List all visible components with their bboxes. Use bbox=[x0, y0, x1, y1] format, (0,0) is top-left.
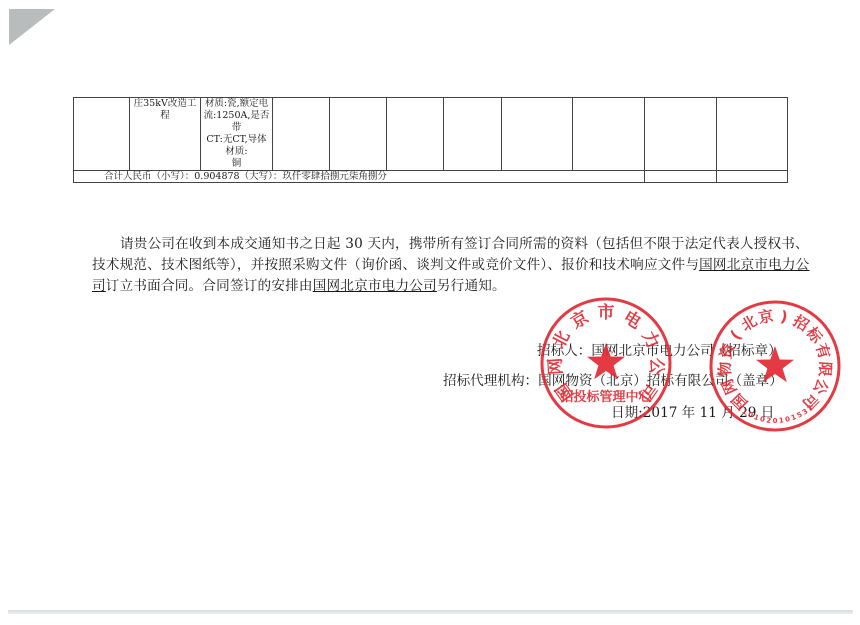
tenderer-signature: 招标人：国网北京市电力公司（招标章） bbox=[537, 339, 782, 359]
svg-text:京: 京 bbox=[567, 306, 592, 333]
svg-text:市: 市 bbox=[598, 302, 615, 323]
issue-date: 日期:2017 年 11 月 29 日 bbox=[611, 401, 774, 421]
cell-spec: 材质:瓷,额定电 流:1250A,是否带 CT:无CT,导体材质: 铜 bbox=[201, 98, 273, 171]
table-row: 庄35kV改造工程 材质:瓷,额定电 流:1250A,是否带 CT:无CT,导体… bbox=[74, 98, 788, 171]
svg-text:): ) bbox=[779, 307, 789, 326]
cell-index bbox=[74, 98, 130, 171]
items-table: 庄35kV改造工程 材质:瓷,额定电 流:1250A,是否带 CT:无CT,导体… bbox=[73, 97, 788, 183]
scan-corner-fold bbox=[9, 9, 55, 45]
total-amount: 合计人民币（小写）：0.904878（大写）：玖仟零肆拾捌元柒角捌分 bbox=[74, 171, 645, 183]
svg-text:3: 3 bbox=[801, 407, 810, 416]
svg-text:司: 司 bbox=[799, 390, 822, 413]
svg-text:1: 1 bbox=[778, 416, 784, 425]
cell-empty bbox=[645, 171, 717, 183]
svg-text:5: 5 bbox=[796, 410, 804, 419]
svg-text:招: 招 bbox=[789, 311, 812, 335]
cell-empty bbox=[387, 98, 444, 171]
cell-empty bbox=[645, 98, 717, 171]
svg-text:0: 0 bbox=[784, 415, 791, 424]
scan-edge bbox=[8, 610, 853, 614]
svg-text:标: 标 bbox=[802, 323, 827, 347]
svg-text:北: 北 bbox=[738, 312, 760, 335]
total-row: 合计人民币（小写）：0.904878（大写）：玖仟零肆拾捌元柒角捌分 bbox=[74, 171, 788, 183]
company-name-link: 国网北京市电力公司 bbox=[313, 278, 437, 294]
cell-project-name: 庄35kV改造工程 bbox=[130, 98, 201, 171]
svg-text:有: 有 bbox=[812, 341, 834, 361]
svg-text:京: 京 bbox=[757, 307, 775, 327]
svg-text:公: 公 bbox=[809, 376, 832, 398]
cell-empty bbox=[273, 98, 330, 171]
cell-empty bbox=[717, 171, 788, 183]
agent-signature: 招标代理机构：国网物资（北京）招标有限公司（盖章） bbox=[443, 369, 783, 389]
cell-empty bbox=[330, 98, 387, 171]
cell-empty bbox=[573, 98, 645, 171]
svg-text:限: 限 bbox=[815, 361, 834, 377]
svg-text:电: 电 bbox=[619, 306, 644, 333]
cell-empty bbox=[502, 98, 573, 171]
notice-paragraph: 请贵公司在收到本成交通知书之日起 30 天内，携带所有签订合同所需的资料（包括但… bbox=[92, 234, 820, 297]
svg-text:2: 2 bbox=[806, 403, 815, 412]
cell-empty bbox=[717, 98, 788, 171]
cell-empty bbox=[444, 98, 502, 171]
svg-text:1: 1 bbox=[790, 413, 797, 422]
